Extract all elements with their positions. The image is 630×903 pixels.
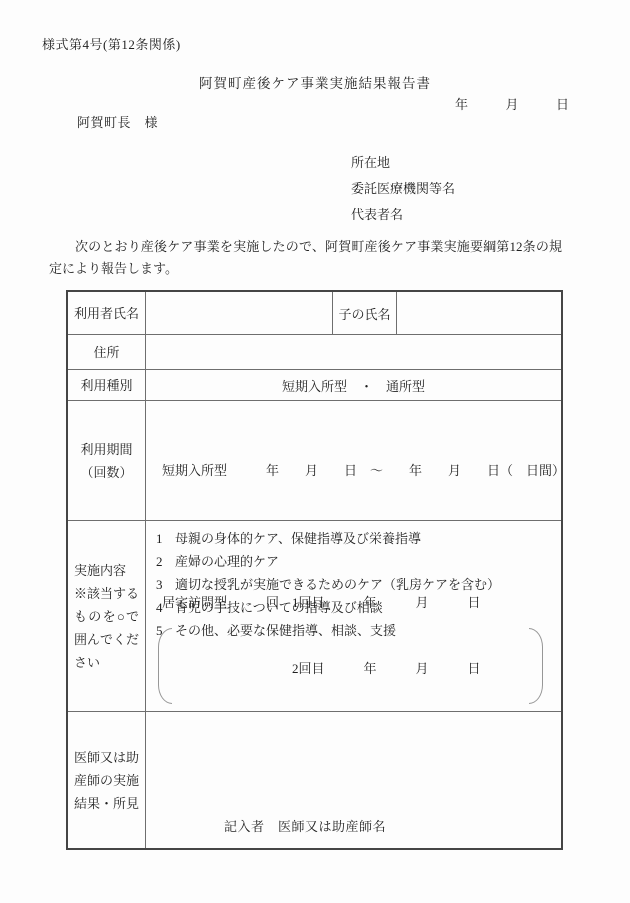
table-row-result: 医師又は助産師の実施結果・所見 記入者 医師又は助産師名	[68, 712, 561, 848]
usage-period-label-line2: （回数）	[80, 461, 132, 484]
content-item-number: 2	[156, 550, 175, 573]
table-row-user-name: 利用者氏名 子の氏名	[68, 292, 561, 335]
document-page: 様式第4号(第12条関係) 阿賀町産後ケア事業実施結果報告書 年 月 日 阿賀町…	[0, 0, 630, 903]
content-label-line2: ※該当するものを○で囲んでください	[74, 582, 139, 674]
content-item: 2 産婦の心理的ケア	[156, 550, 561, 573]
content-item: 5 その他、必要な保健指導、相談、支援	[156, 619, 561, 642]
date-line: 年 月 日	[455, 94, 569, 113]
content-item: 3 適切な授乳が実施できるためのケア（乳房ケアを含む）	[156, 573, 561, 596]
result-value-cell: 記入者 医師又は助産師名	[146, 712, 561, 848]
usage-period-label-line1: 利用期間	[80, 438, 132, 461]
date-year-label: 年	[455, 94, 468, 113]
big-right-parenthesis	[529, 628, 543, 704]
user-name-value-cell	[146, 292, 333, 334]
content-item-number: 1	[156, 527, 175, 550]
sender-organization-label: 委託医療機関等名	[351, 176, 455, 202]
content-item-text: 育児の手技についての指導及び相談	[175, 596, 383, 619]
content-label-line1: 実施内容	[74, 559, 139, 582]
table-row-content: 実施内容 ※該当するものを○で囲んでください 1 母親の身体的ケア、保健指導及び…	[68, 521, 561, 712]
usage-type-label: 利用種別	[68, 370, 146, 400]
sender-location-label: 所在地	[351, 150, 455, 176]
content-item-number: 4	[156, 596, 175, 619]
content-items-cell: 1 母親の身体的ケア、保健指導及び栄養指導 2 産婦の心理的ケア 3 適切な授乳…	[146, 521, 561, 711]
table-row-address: 住所	[68, 335, 561, 370]
result-label: 医師又は助産師の実施結果・所見	[68, 712, 146, 848]
date-day-label: 日	[556, 94, 569, 113]
content-item-text: 産婦の心理的ケア	[175, 550, 279, 573]
content-item-text: 母親の身体的ケア、保健指導及び栄養指導	[175, 527, 421, 550]
sender-block: 所在地 委託医療機関等名 代表者名	[351, 150, 455, 228]
table-row-usage-type: 利用種別 短期入所型 ・ 通所型	[68, 370, 561, 401]
address-value-cell	[146, 335, 561, 369]
user-name-label: 利用者氏名	[68, 292, 146, 334]
content-item-text: 適切な授乳が実施できるためのケア（乳房ケアを含む）	[175, 573, 500, 596]
content-item: 1 母親の身体的ケア、保健指導及び栄養指導	[156, 527, 561, 550]
content-item: 4 育児の手技についての指導及び相談	[156, 596, 561, 619]
date-month-label: 月	[505, 94, 518, 113]
recorder-line: 記入者 医師又は助産師名	[224, 816, 386, 835]
report-table: 利用者氏名 子の氏名 住所 利用種別 短期入所型 ・ 通所型 利用期間 （回数）…	[66, 290, 563, 850]
form-number: 様式第4号(第12条関係)	[42, 34, 181, 53]
content-item-text: その他、必要な保健指導、相談、支援	[175, 619, 396, 642]
period-short-stay-line: 短期入所型 年 月 日 ～ 年 月 日（ 日間）	[162, 460, 565, 482]
table-row-usage-period: 利用期間 （回数） 短期入所型 年 月 日 ～ 年 月 日（ 日間） 居宅訪問型…	[68, 401, 561, 521]
intro-paragraph: 次のとおり産後ケア事業を実施したので、阿賀町産後ケア事業実施要綱第12条の規定に…	[49, 236, 562, 280]
addressee: 阿賀町長 様	[77, 112, 158, 131]
content-label: 実施内容 ※該当するものを○で囲んでください	[68, 521, 146, 711]
big-left-parenthesis	[158, 628, 172, 704]
content-item-number: 3	[156, 573, 175, 596]
sender-representative-label: 代表者名	[351, 202, 455, 228]
usage-type-options: 短期入所型 ・ 通所型	[146, 370, 561, 400]
child-name-label: 子の氏名	[333, 292, 397, 334]
address-label: 住所	[68, 335, 146, 369]
usage-period-content: 短期入所型 年 月 日 ～ 年 月 日（ 日間） 居宅訪問型 回 1回目 年 月…	[146, 401, 565, 520]
usage-period-label: 利用期間 （回数）	[68, 401, 146, 520]
page-title: 阿賀町産後ケア事業実施結果報告書	[0, 72, 630, 92]
child-name-value-cell	[397, 292, 561, 334]
